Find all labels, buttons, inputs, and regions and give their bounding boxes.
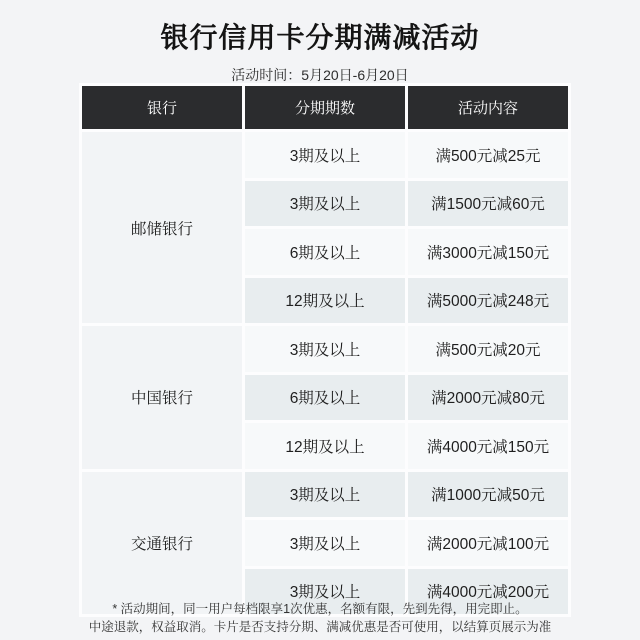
period-cell: 3期及以上 bbox=[245, 132, 405, 178]
bank-name-boc: 中国银行 bbox=[82, 326, 242, 469]
offer-cell: 满500元减20元 bbox=[408, 326, 568, 372]
col-header-content: 活动内容 bbox=[408, 86, 568, 129]
bank-name-bocom: 交通银行 bbox=[82, 472, 242, 615]
header-row: 银行 分期期数 活动内容 bbox=[82, 86, 568, 129]
table-row: 交通银行 3期及以上 满1000元减50元 bbox=[82, 472, 568, 518]
promo-table-container: 银行 分期期数 活动内容 邮储银行 3期及以上 满500元减25元 3期及以上 … bbox=[79, 83, 571, 617]
period-cell: 12期及以上 bbox=[245, 423, 405, 469]
footnote-line-1: * 活动期间，同一用户每档限享1次优惠，名额有限，先到先得，用完即止。 bbox=[0, 601, 640, 619]
offer-cell: 满5000元减248元 bbox=[408, 278, 568, 324]
offer-cell: 满1500元减60元 bbox=[408, 181, 568, 227]
period-cell: 3期及以上 bbox=[245, 326, 405, 372]
table-row: 邮储银行 3期及以上 满500元减25元 bbox=[82, 132, 568, 178]
period-cell: 3期及以上 bbox=[245, 181, 405, 227]
period-cell: 3期及以上 bbox=[245, 472, 405, 518]
offer-cell: 满2000元减100元 bbox=[408, 520, 568, 566]
footnote: * 活动期间，同一用户每档限享1次优惠，名额有限，先到先得，用完即止。 中途退款… bbox=[0, 601, 640, 636]
table-row: 中国银行 3期及以上 满500元减20元 bbox=[82, 326, 568, 372]
offer-cell: 满3000元减150元 bbox=[408, 229, 568, 275]
page-title: 银行信用卡分期满减活动 bbox=[0, 0, 640, 56]
offer-cell: 满1000元减50元 bbox=[408, 472, 568, 518]
period-cell: 12期及以上 bbox=[245, 278, 405, 324]
period-cell: 6期及以上 bbox=[245, 229, 405, 275]
promo-table: 银行 分期期数 活动内容 邮储银行 3期及以上 满500元减25元 3期及以上 … bbox=[79, 83, 571, 617]
period-cell: 6期及以上 bbox=[245, 375, 405, 421]
footnote-line-2: 中途退款，权益取消。卡片是否支持分期、满减优惠是否可使用，以结算页展示为准 bbox=[0, 619, 640, 637]
period-cell: 3期及以上 bbox=[245, 520, 405, 566]
col-header-period: 分期期数 bbox=[245, 86, 405, 129]
offer-cell: 满2000元减80元 bbox=[408, 375, 568, 421]
col-header-bank: 银行 bbox=[82, 86, 242, 129]
offer-cell: 满500元减25元 bbox=[408, 132, 568, 178]
activity-period: 活动时间：5月20日-6月20日 bbox=[0, 65, 640, 85]
offer-cell: 满4000元减150元 bbox=[408, 423, 568, 469]
bank-name-psbc: 邮储银行 bbox=[82, 132, 242, 323]
